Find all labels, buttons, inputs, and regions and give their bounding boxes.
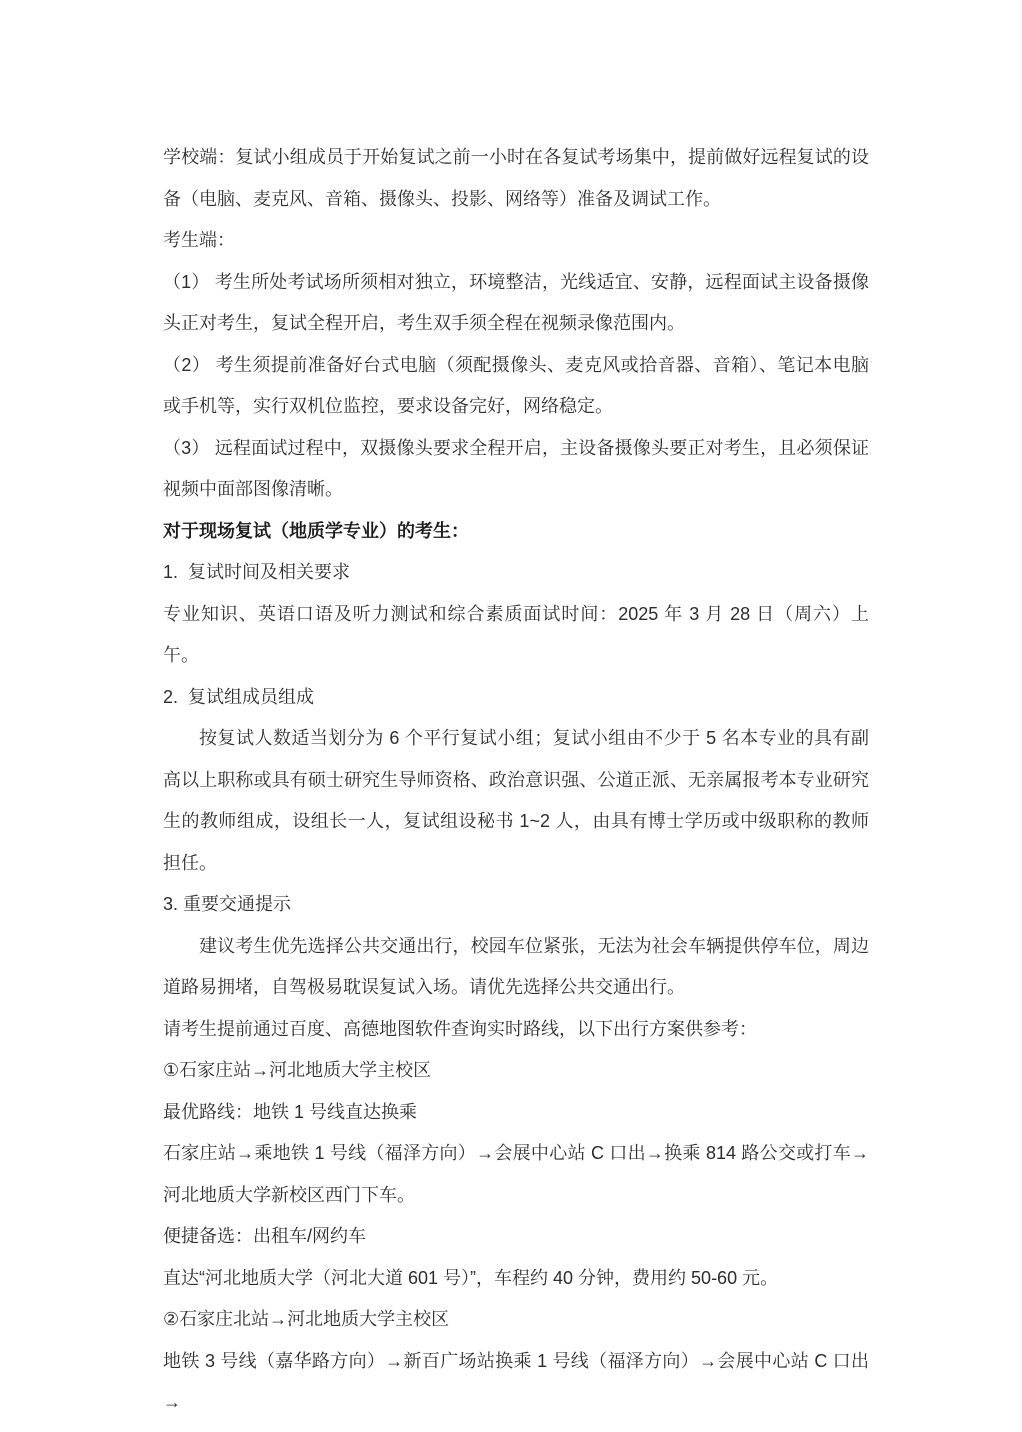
paragraph-remote-rule-3: （3） 远程面试过程中，双摄像头要求全程开启，主设备摄像头要正对考生，且必须保证… (163, 428, 869, 511)
route-heading-shijiazhuang-north-station: ②石家庄北站→河北地质大学主校区 (163, 1299, 869, 1341)
paragraph-remote-rule-1: （1） 考生所处考试场所须相对独立，环境整洁，光线适宜、安静，远程面试主设备摄像… (163, 262, 869, 345)
list-item-1-exam-time-heading: 1. 复试时间及相关要求 (163, 552, 869, 594)
document-content: 学校端：复试小组成员于开始复试之前一小时在各复试考场集中，提前做好远程复试的设备… (163, 137, 869, 1424)
paragraph-traffic-advice: 建议考生优先选择公共交通出行，校园车位紧张，无法为社会车辆提供停车位，周边道路易… (163, 926, 869, 1009)
paragraph-candidate-side-label: 考生端： (163, 220, 869, 262)
paragraph-taxi-option-label: 便捷备选：出租车/网约车 (163, 1216, 869, 1258)
paragraph-north-station-route-steps: 地铁 3 号线（嘉华路方向）→新百广场站换乘 1 号线（福泽方向）→会展中心站 … (163, 1341, 869, 1424)
paragraph-school-side-setup: 学校端：复试小组成员于开始复试之前一小时在各复试考场集中，提前做好远程复试的设备… (163, 137, 869, 220)
paragraph-best-route-label: 最优路线：地铁 1 号线直达换乘 (163, 1092, 869, 1134)
route-heading-shijiazhuang-station: ①石家庄站→河北地质大学主校区 (163, 1050, 869, 1092)
paragraph-panel-composition-detail: 按复试人数适当划分为 6 个平行复试小组；复试小组由不少于 5 名本专业的具有副… (163, 718, 869, 884)
document-page: 学校端：复试小组成员于开始复试之前一小时在各复试考场集中，提前做好远程复试的设备… (0, 0, 1022, 1432)
paragraph-best-route-steps: 石家庄站→乘地铁 1 号线（福泽方向）→会展中心站 C 口出→换乘 814 路公… (163, 1133, 869, 1216)
section-heading-onsite-geology: 对于现场复试（地质学专业）的考生： (163, 511, 869, 553)
paragraph-exam-time-detail: 专业知识、英语口语及听力测试和综合素质面试时间：2025 年 3 月 28 日（… (163, 594, 869, 677)
list-item-2-panel-composition-heading: 2. 复试组成员组成 (163, 677, 869, 719)
paragraph-taxi-option-detail: 直达“河北地质大学（河北大道 601 号）”，车程约 40 分钟，费用约 50-… (163, 1258, 869, 1300)
paragraph-map-apps-tip: 请考生提前通过百度、高德地图软件查询实时路线，以下出行方案供参考： (163, 1009, 869, 1051)
paragraph-remote-rule-2: （2） 考生须提前准备好台式电脑（须配摄像头、麦克风或拾音器、音箱）、笔记本电脑… (163, 345, 869, 428)
list-item-3-traffic-notice-heading: 3. 重要交通提示 (163, 884, 869, 926)
